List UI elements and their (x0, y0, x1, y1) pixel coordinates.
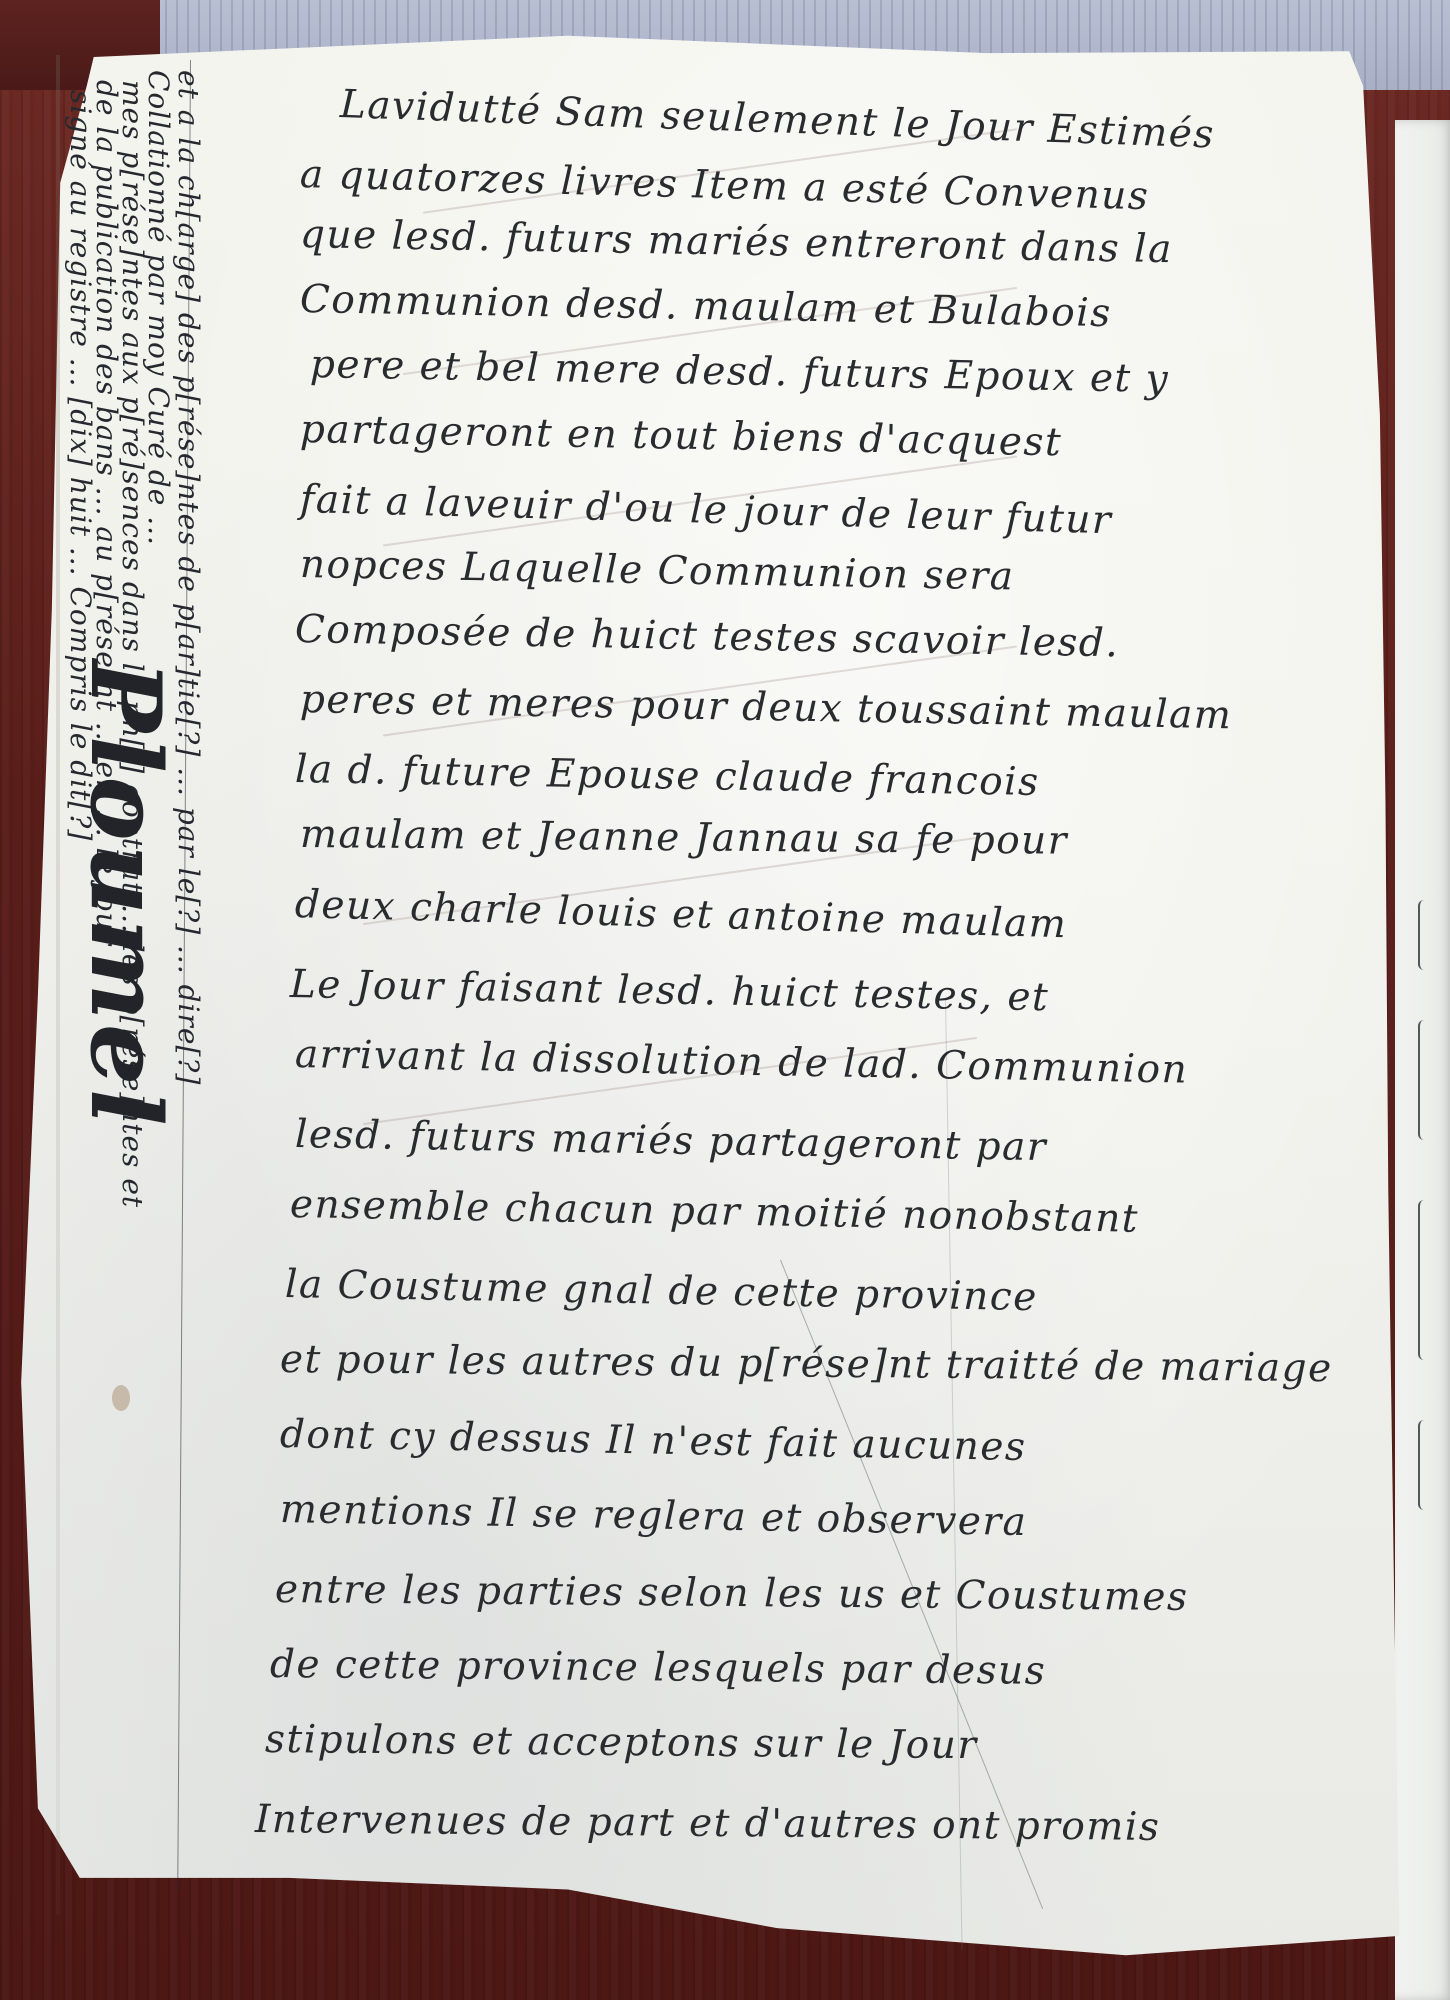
adjacent-page-ink (1418, 900, 1448, 970)
text-line: Intervenues de part et d'autres ont prom… (255, 1797, 1161, 1850)
adjacent-page-ink (1418, 1200, 1448, 1360)
text-line: de cette province lesquels par desus (270, 1642, 1047, 1694)
signature-text: Ploumel (69, 660, 182, 1130)
signature: Ploumel (72, 660, 192, 1180)
text-line: maulam et Jeanne Jannau sa fe pour (300, 812, 1068, 864)
text-line: entre les parties selon les us et Coustu… (275, 1567, 1189, 1620)
adjacent-page-ink (1418, 1420, 1448, 1510)
text-line: stipulons et acceptons sur le Jour (265, 1717, 978, 1768)
paper-fold (56, 55, 60, 1915)
text-line: et pour les autres du p[rése]nt traitté … (280, 1337, 1333, 1391)
adjacent-page-ink (1418, 1020, 1448, 1140)
